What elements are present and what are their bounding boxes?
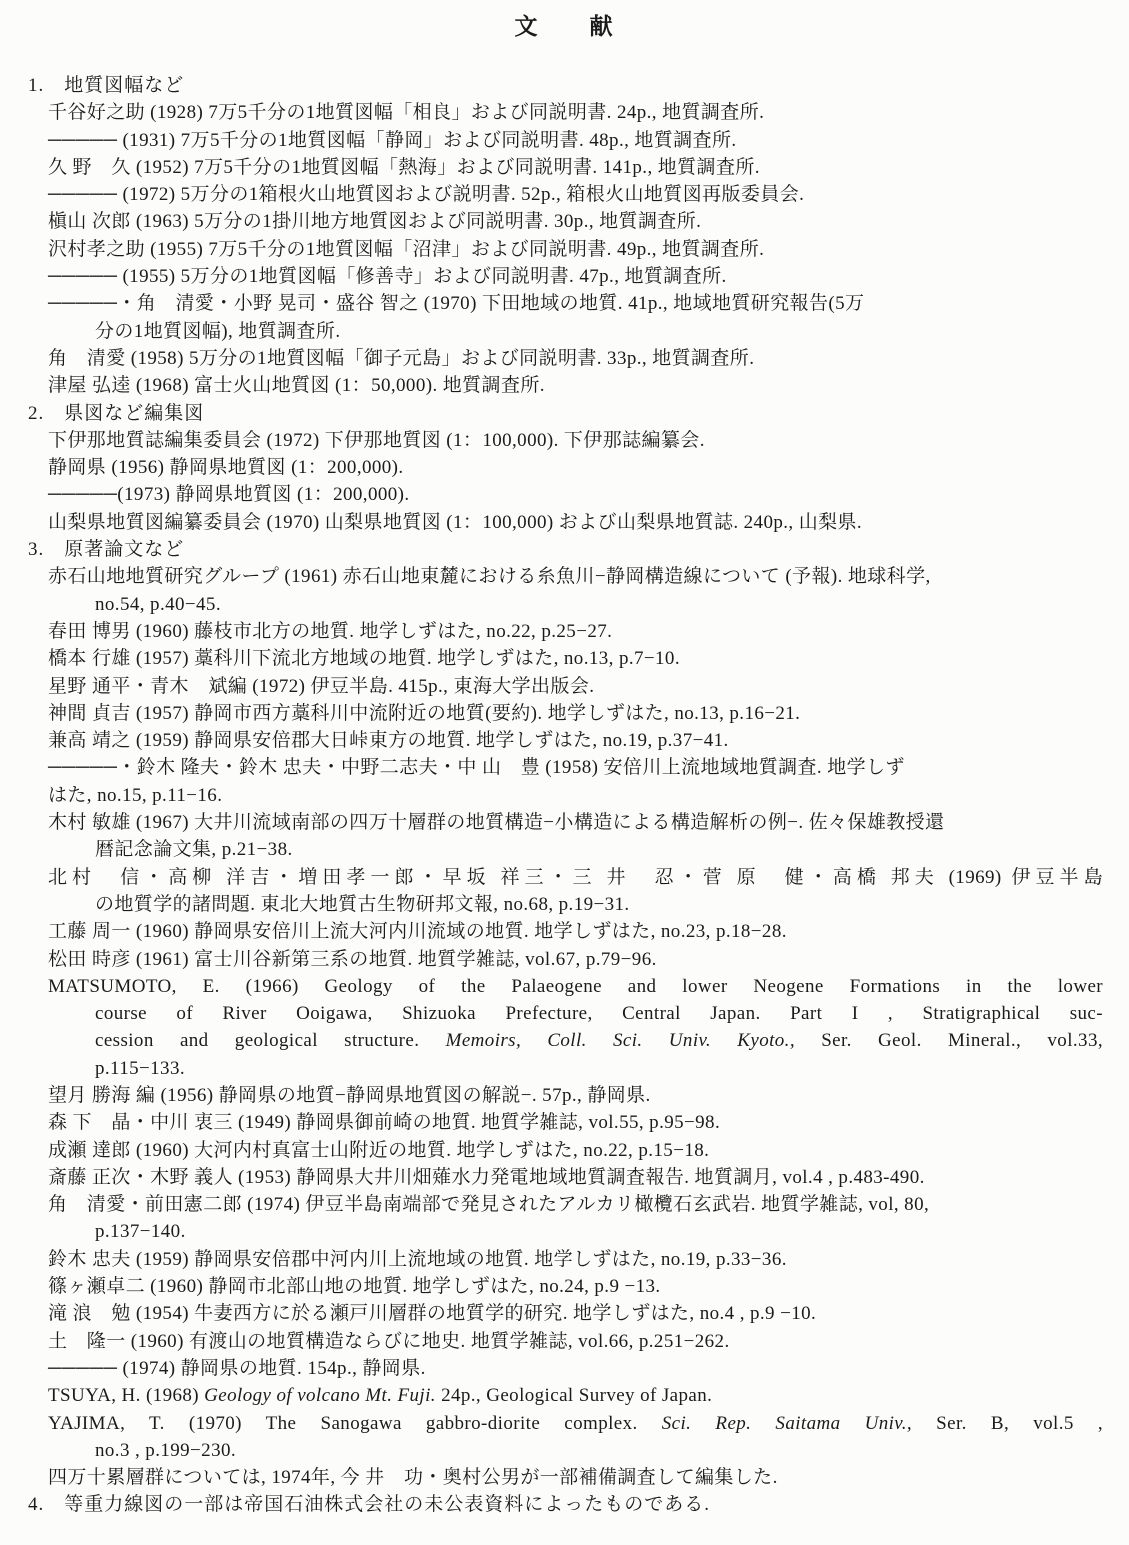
reference-line: 北村 信・高柳 洋吉・増田孝一郎・早坂 祥三・三 井 忍・菅 原 健・高橋 邦夫…	[0, 864, 1129, 891]
reference-line: 兼高 靖之 (1959) 静岡県安倍郡大日峠東方の地質. 地学しずはた, no.…	[0, 727, 1129, 754]
reference-text: 静岡県 (1956) 静岡県地質図 (1：200,000).	[48, 457, 404, 478]
reference-text: 星野 通平・青木 斌編 (1972) 伊豆半島. 415p., 東海大学出版会.	[48, 676, 594, 697]
reference-text-italic: Memoirs, Coll. Sci. Univ. Kyoto.,	[446, 1030, 795, 1051]
reference-text: TSUYA, H. (1968)	[48, 1385, 204, 1406]
reference-line: 斎藤 正次・木野 義人 (1953) 静岡県大井川畑薙水力発電地域地質調査報告.…	[0, 1164, 1129, 1191]
section-heading-4: 4. 等重力線図の一部は帝国石油株式会社の未公表資料によったものである.	[0, 1491, 1129, 1518]
reference-line: 山梨県地質図編纂委員会 (1970) 山梨県地質図 (1：100,000) およ…	[0, 509, 1129, 536]
reference-text: 沢村孝之助 (1955) 7万5千分の1地質図幅「沼津」および同説明書. 49p…	[48, 239, 764, 260]
reference-text: ───── (1972) 5万分の1箱根火山地質図および説明書. 52p., 箱…	[48, 184, 804, 205]
reference-text: 森 下 晶・中川 衷三 (1949) 静岡県御前崎の地質. 地質学雑誌, vol…	[48, 1112, 720, 1133]
reference-text: 角 清愛 (1958) 5万分の1地質図幅「御子元島」および同説明書. 33p.…	[48, 348, 754, 369]
reference-text: ───── (1931) 7万5千分の1地質図幅「静岡」および同説明書. 48p…	[48, 130, 737, 151]
reference-text: はた, no.15, p.11−16.	[48, 785, 222, 806]
page-title: 文 献	[0, 12, 1129, 42]
reference-text: 斎藤 正次・木野 義人 (1953) 静岡県大井川畑薙水力発電地域地質調査報告.…	[48, 1167, 925, 1188]
reference-line: 分の1地質図幅), 地質調査所.	[0, 318, 1129, 345]
reference-text: 千谷好之助 (1928) 7万5千分の1地質図幅「相良」および同説明書. 24p…	[48, 102, 764, 123]
reference-text-italic: Sci. Rep. Saitama Univ.,	[662, 1413, 912, 1434]
reference-line: 久 野 久 (1952) 7万5千分の1地質図幅「熱海」および同説明書. 141…	[0, 154, 1129, 181]
reference-line: ─────・角 清愛・小野 晃司・盛谷 智之 (1970) 下田地域の地質. 4…	[0, 290, 1129, 317]
reference-line: 千谷好之助 (1928) 7万5千分の1地質図幅「相良」および同説明書. 24p…	[0, 99, 1129, 126]
reference-line: 星野 通平・青木 斌編 (1972) 伊豆半島. 415p., 東海大学出版会.	[0, 673, 1129, 700]
reference-line: 成瀬 達郎 (1960) 大河内村真富士山附近の地質. 地学しずはた, no.2…	[0, 1137, 1129, 1164]
reference-text: 暦記念論文集, p.21−38.	[95, 839, 293, 860]
reference-line: 四万十累層群については, 1974年, 今 井 功・奥村公男が一部補備調査して編…	[0, 1464, 1129, 1491]
reference-text: ───── (1974) 静岡県の地質. 154p., 静岡県.	[48, 1358, 426, 1379]
reference-line: p.137−140.	[0, 1218, 1129, 1245]
reference-text: 神間 貞吉 (1957) 静岡市西方藁科川中流附近の地質(要約). 地学しずはた…	[48, 703, 800, 724]
reference-line: cession and geological structure. Memoir…	[0, 1027, 1129, 1054]
reference-text: 橋本 行雄 (1957) 藁科川下流北方地域の地質. 地学しずはた, no.13…	[48, 648, 680, 669]
reference-line: no.54, p.40−45.	[0, 591, 1129, 618]
reference-text: 土 隆一 (1960) 有渡山の地質構造ならびに地史. 地質学雑誌, vol.6…	[48, 1331, 730, 1352]
reference-line: 静岡県 (1956) 静岡県地質図 (1：200,000).	[0, 454, 1129, 481]
reference-line: 津屋 弘逵 (1968) 富士火山地質図 (1：50,000). 地質調査所.	[0, 372, 1129, 399]
reference-line: ───── (1974) 静岡県の地質. 154p., 静岡県.	[0, 1355, 1129, 1382]
reference-text: 兼高 靖之 (1959) 静岡県安倍郡大日峠東方の地質. 地学しずはた, no.…	[48, 730, 729, 751]
reference-text: 赤石山地地質研究グループ (1961) 赤石山地東麓における糸魚川−静岡構造線に…	[48, 566, 931, 587]
reference-text: p.115−133.	[95, 1058, 185, 1079]
reference-line: はた, no.15, p.11−16.	[0, 782, 1129, 809]
document-body: 1. 地質図幅など千谷好之助 (1928) 7万5千分の1地質図幅「相良」および…	[0, 72, 1129, 1519]
reference-line: 工藤 周一 (1960) 静岡県安倍川上流大河内川流域の地質. 地学しずはた, …	[0, 918, 1129, 945]
reference-line: 滝 浪 勉 (1954) 牛妻西方に於る瀬戸川層群の地質学的研究. 地学しずはた…	[0, 1300, 1129, 1327]
reference-text: 津屋 弘逵 (1968) 富士火山地質図 (1：50,000). 地質調査所.	[48, 375, 545, 396]
reference-line: 篠ヶ瀬卓二 (1960) 静岡市北部山地の地質. 地学しずはた, no.24, …	[0, 1273, 1129, 1300]
section-heading-2: 2. 県図など編集図	[0, 400, 1129, 427]
reference-text: 工藤 周一 (1960) 静岡県安倍川上流大河内川流域の地質. 地学しずはた, …	[48, 921, 787, 942]
reference-text: 四万十累層群については, 1974年, 今 井 功・奥村公男が一部補備調査して編…	[48, 1467, 778, 1488]
reference-text-italic: Geology of volcano Mt. Fuji.	[204, 1385, 436, 1406]
section-heading-3: 3. 原著論文など	[0, 536, 1129, 563]
reference-line: ───── (1931) 7万5千分の1地質図幅「静岡」および同説明書. 48p…	[0, 127, 1129, 154]
reference-line: 土 隆一 (1960) 有渡山の地質構造ならびに地史. 地質学雑誌, vol.6…	[0, 1328, 1129, 1355]
reference-line: 槇山 次郎 (1963) 5万分の1掛川地方地質図および同説明書. 30p., …	[0, 208, 1129, 235]
reference-line: 鈴木 忠夫 (1959) 静岡県安倍郡中河内川上流地域の地質. 地学しずはた, …	[0, 1246, 1129, 1273]
reference-text: Ser. B, vol.5 ,	[912, 1413, 1103, 1434]
reference-text: course of River Ooigawa, Shizuoka Prefec…	[95, 1003, 1103, 1024]
reference-text: 下伊那地質誌編集委員会 (1972) 下伊那地質図 (1：100,000). 下…	[48, 430, 705, 451]
reference-line: 木村 敏雄 (1967) 大井川流域南部の四万十層群の地質構造−小構造による構造…	[0, 809, 1129, 836]
reference-text: 滝 浪 勉 (1954) 牛妻西方に於る瀬戸川層群の地質学的研究. 地学しずはた…	[48, 1303, 816, 1324]
reference-text: YAJIMA, T. (1970) The Sanogawa gabbro-di…	[48, 1413, 662, 1434]
reference-text: 篠ヶ瀬卓二 (1960) 静岡市北部山地の地質. 地学しずはた, no.24, …	[48, 1276, 661, 1297]
reference-text: 槇山 次郎 (1963) 5万分の1掛川地方地質図および同説明書. 30p., …	[48, 211, 701, 232]
reference-text: 山梨県地質図編纂委員会 (1970) 山梨県地質図 (1：100,000) およ…	[48, 512, 862, 533]
section-heading-1: 1. 地質図幅など	[0, 72, 1129, 99]
reference-text: no.3 , p.199−230.	[95, 1440, 236, 1461]
reference-line: YAJIMA, T. (1970) The Sanogawa gabbro-di…	[0, 1410, 1129, 1437]
reference-text: ───── (1955) 5万分の1地質図幅「修善寺」および同説明書. 47p.…	[48, 266, 727, 287]
reference-text: p.137−140.	[95, 1221, 186, 1242]
reference-line: ─────(1973) 静岡県地質図 (1：200,000).	[0, 481, 1129, 508]
reference-line: ───── (1955) 5万分の1地質図幅「修善寺」および同説明書. 47p.…	[0, 263, 1129, 290]
reference-text: 松田 時彦 (1961) 富士川谷新第三系の地質. 地質学雑誌, vol.67,…	[48, 949, 657, 970]
reference-text: ─────(1973) 静岡県地質図 (1：200,000).	[48, 484, 410, 505]
reference-line: p.115−133.	[0, 1055, 1129, 1082]
reference-line: ─────・鈴木 隆夫・鈴木 忠夫・中野二志夫・中 山 豊 (1958) 安倍川…	[0, 754, 1129, 781]
reference-text: 望月 勝海 編 (1956) 静岡県の地質−静岡県地質図の解説−. 57p., …	[48, 1085, 651, 1106]
reference-text: ─────・鈴木 隆夫・鈴木 忠夫・中野二志夫・中 山 豊 (1958) 安倍川…	[48, 757, 905, 778]
reference-line: 角 清愛・前田憲二郎 (1974) 伊豆半島南端部で発見されたアルカリ橄欖石玄武…	[0, 1191, 1129, 1218]
reference-text: cession and geological structure.	[95, 1030, 446, 1051]
reference-text: 成瀬 達郎 (1960) 大河内村真富士山附近の地質. 地学しずはた, no.2…	[48, 1140, 709, 1161]
reference-line: 沢村孝之助 (1955) 7万5千分の1地質図幅「沼津」および同説明書. 49p…	[0, 236, 1129, 263]
reference-text: 春田 博男 (1960) 藤枝市北方の地質. 地学しずはた, no.22, p.…	[48, 621, 612, 642]
reference-text: Ser. Geol. Mineral., vol.33,	[795, 1030, 1103, 1051]
reference-text: の地質学的諸問題. 東北大地質古生物研邦文報, no.68, p.19−31.	[95, 894, 630, 915]
reference-line: no.3 , p.199−230.	[0, 1437, 1129, 1464]
reference-line: 橋本 行雄 (1957) 藁科川下流北方地域の地質. 地学しずはた, no.13…	[0, 645, 1129, 672]
reference-line: の地質学的諸問題. 東北大地質古生物研邦文報, no.68, p.19−31.	[0, 891, 1129, 918]
reference-line: TSUYA, H. (1968) Geology of volcano Mt. …	[0, 1382, 1129, 1409]
reference-text: 久 野 久 (1952) 7万5千分の1地質図幅「熱海」および同説明書. 141…	[48, 157, 760, 178]
reference-text: 24p., Geological Survey of Japan.	[436, 1385, 712, 1406]
reference-line: MATSUMOTO, E. (1966) Geology of the Pala…	[0, 973, 1129, 1000]
reference-text: MATSUMOTO, E. (1966) Geology of the Pala…	[48, 976, 1103, 997]
reference-text: 角 清愛・前田憲二郎 (1974) 伊豆半島南端部で発見されたアルカリ橄欖石玄武…	[48, 1194, 929, 1215]
reference-line: 暦記念論文集, p.21−38.	[0, 836, 1129, 863]
reference-line: 森 下 晶・中川 衷三 (1949) 静岡県御前崎の地質. 地質学雑誌, vol…	[0, 1109, 1129, 1136]
document-page: 文 献 1. 地質図幅など千谷好之助 (1928) 7万5千分の1地質図幅「相良…	[0, 0, 1129, 1545]
reference-line: 赤石山地地質研究グループ (1961) 赤石山地東麓における糸魚川−静岡構造線に…	[0, 563, 1129, 590]
reference-line: 春田 博男 (1960) 藤枝市北方の地質. 地学しずはた, no.22, p.…	[0, 618, 1129, 645]
reference-line: 望月 勝海 編 (1956) 静岡県の地質−静岡県地質図の解説−. 57p., …	[0, 1082, 1129, 1109]
reference-line: 角 清愛 (1958) 5万分の1地質図幅「御子元島」および同説明書. 33p.…	[0, 345, 1129, 372]
reference-text: 鈴木 忠夫 (1959) 静岡県安倍郡中河内川上流地域の地質. 地学しずはた, …	[48, 1249, 787, 1270]
reference-text: no.54, p.40−45.	[95, 594, 221, 615]
reference-text: 木村 敏雄 (1967) 大井川流域南部の四万十層群の地質構造−小構造による構造…	[48, 812, 944, 833]
reference-text: 北村 信・高柳 洋吉・増田孝一郎・早坂 祥三・三 井 忍・菅 原 健・高橋 邦夫…	[48, 867, 1103, 888]
reference-line: 下伊那地質誌編集委員会 (1972) 下伊那地質図 (1：100,000). 下…	[0, 427, 1129, 454]
reference-line: ───── (1972) 5万分の1箱根火山地質図および説明書. 52p., 箱…	[0, 181, 1129, 208]
reference-text: ─────・角 清愛・小野 晃司・盛谷 智之 (1970) 下田地域の地質. 4…	[48, 293, 864, 314]
reference-line: 神間 貞吉 (1957) 静岡市西方藁科川中流附近の地質(要約). 地学しずはた…	[0, 700, 1129, 727]
reference-text: 分の1地質図幅), 地質調査所.	[95, 321, 340, 342]
reference-line: course of River Ooigawa, Shizuoka Prefec…	[0, 1000, 1129, 1027]
reference-line: 松田 時彦 (1961) 富士川谷新第三系の地質. 地質学雑誌, vol.67,…	[0, 946, 1129, 973]
